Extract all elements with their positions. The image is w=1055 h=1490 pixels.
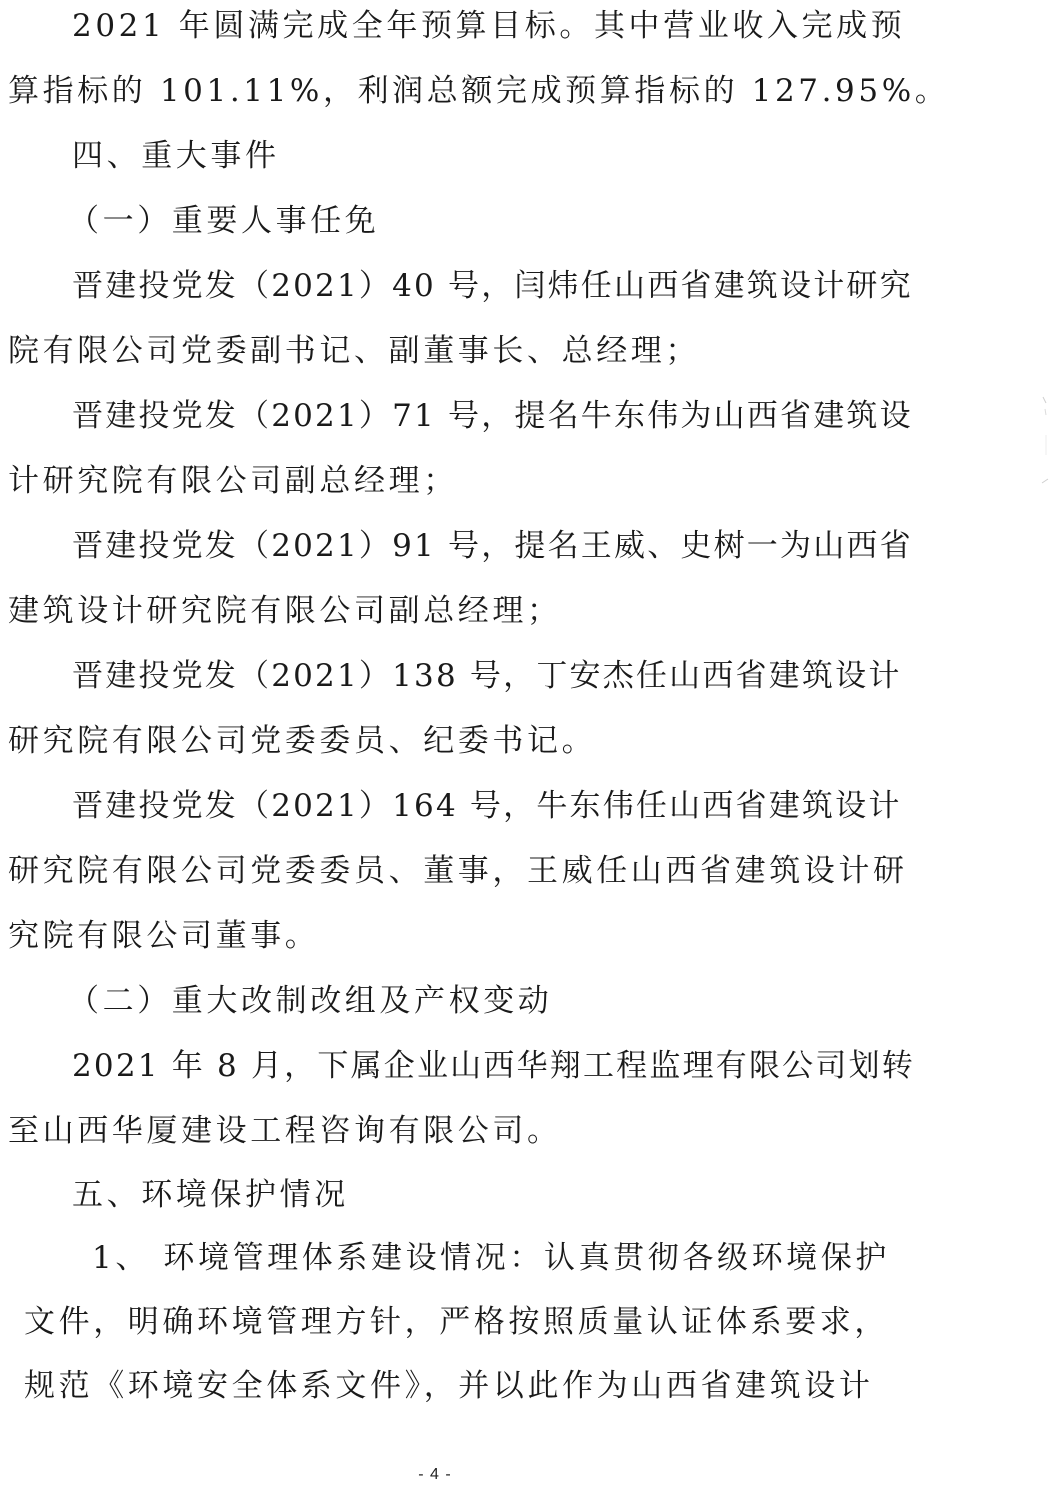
appointment-138-line-2: 研究院有限公司党委委员、纪委书记。 bbox=[8, 721, 596, 761]
section-heading-major-events: 四、重大事件 bbox=[72, 136, 280, 176]
scan-artifact-icon bbox=[1040, 395, 1052, 505]
document-page: 2021 年圆满完成全年预算目标。其中营业收入完成预 算指标的 101.11%，… bbox=[0, 0, 1055, 1490]
appointment-164-line-2: 研究院有限公司党委委员、董事，王威任山西省建筑设计研 bbox=[8, 851, 908, 891]
appointment-91-line-2: 建筑设计研究院有限公司副总经理； bbox=[8, 591, 562, 631]
appointment-164-line-1: 晋建投党发（2021）164 号，牛东伟任山西省建筑设计 bbox=[72, 786, 902, 826]
appointment-71-line-1: 晋建投党发（2021）71 号，提名牛东伟为山西省建筑设 bbox=[72, 396, 913, 436]
env-item-1-line-2: 文件，明确环境管理方针，严格按照质量认证体系要求， bbox=[24, 1302, 889, 1342]
paragraph-budget-line-1: 2021 年圆满完成全年预算目标。其中营业收入完成预 bbox=[72, 6, 905, 46]
subheading-personnel-appointments: （一）重要人事任免 bbox=[68, 201, 379, 241]
appointment-40-line-1: 晋建投党发（2021）40 号，闫炜任山西省建筑设计研究 bbox=[72, 266, 913, 306]
env-item-1-line-1: 1、 环境管理体系建设情况：认真贯彻各级环境保护 bbox=[92, 1238, 890, 1278]
section-heading-environmental-protection: 五、环境保护情况 bbox=[72, 1175, 349, 1215]
appointment-71-line-2: 计研究院有限公司副总经理； bbox=[8, 461, 458, 501]
env-item-1-line-3: 规范《环境安全体系文件》，并以此作为山西省建筑设计 bbox=[24, 1366, 874, 1406]
restructuring-line-2: 至山西华厦建设工程咨询有限公司。 bbox=[8, 1111, 562, 1151]
appointment-40-line-2: 院有限公司党委副书记、副董事长、总经理； bbox=[8, 331, 700, 371]
appointment-138-line-1: 晋建投党发（2021）138 号，丁安杰任山西省建筑设计 bbox=[72, 656, 902, 696]
subheading-restructuring: （二）重大改制改组及产权变动 bbox=[68, 981, 552, 1021]
appointment-164-line-3: 究院有限公司董事。 bbox=[8, 916, 319, 956]
page-number: - 4 - bbox=[0, 1466, 870, 1484]
paragraph-budget-line-2: 算指标的 101.11%，利润总额完成预算指标的 127.95%。 bbox=[8, 71, 949, 111]
restructuring-line-1: 2021 年 8 月，下属企业山西华翔工程监理有限公司划转 bbox=[72, 1046, 915, 1086]
appointment-91-line-1: 晋建投党发（2021）91 号，提名王威、史树一为山西省 bbox=[72, 526, 913, 566]
